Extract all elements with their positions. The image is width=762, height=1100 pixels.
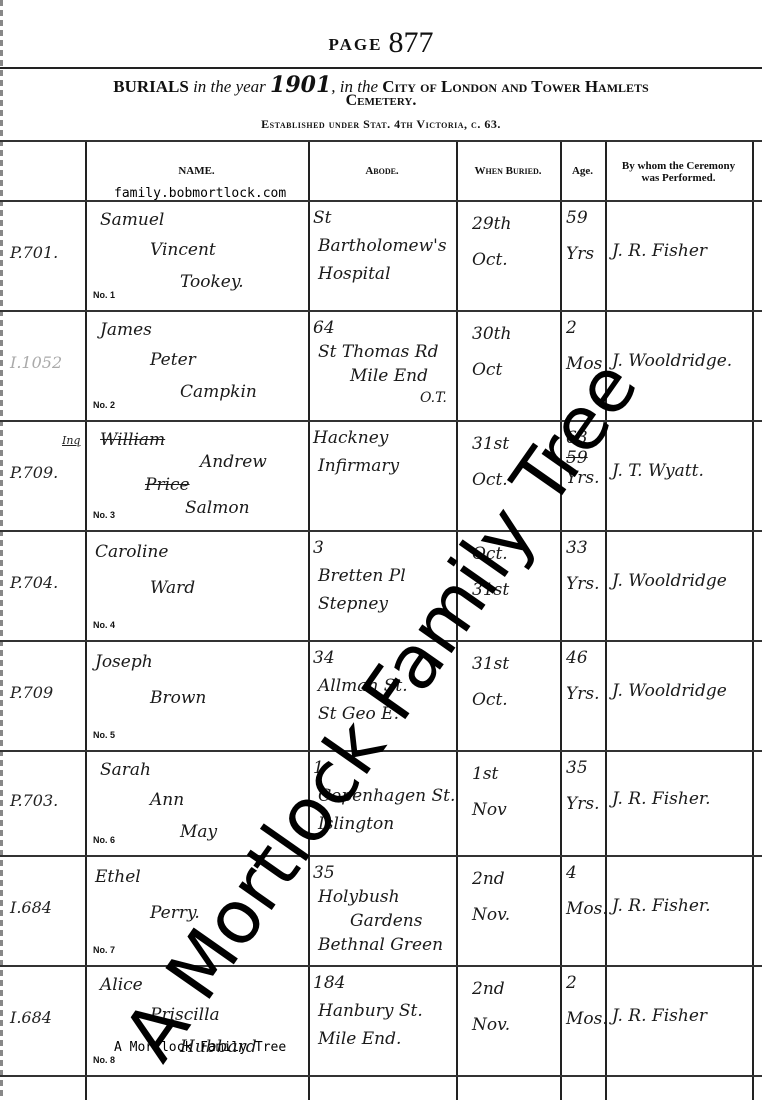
officiant: J. R. Fisher [612, 1006, 707, 1026]
abode-line: Bartholomew's [318, 236, 447, 256]
name-line: Ann [150, 790, 184, 810]
name-line: Ward [150, 578, 195, 598]
entry-number: No. 5 [93, 730, 115, 740]
name-line: Joseph [95, 652, 153, 672]
age-line: Yrs. [566, 794, 599, 814]
entry-reference: P.709. [10, 463, 58, 482]
name-line: Samuel [100, 210, 164, 230]
burial-date-line: 29th [472, 214, 511, 234]
abode-line: Infirmary [318, 456, 399, 476]
entry-number: No. 7 [93, 945, 115, 955]
age-line: 46 [566, 648, 588, 668]
officiant: J. R. Fisher. [612, 789, 711, 809]
name-line: Vincent [150, 240, 216, 260]
name-line: Sarah [100, 760, 151, 780]
page-label: PAGE [329, 35, 383, 54]
abode-line: 184 [313, 973, 345, 993]
abode-line: Hospital [318, 264, 391, 284]
name-line: James [100, 320, 152, 340]
abode-line: St Thomas Rd [318, 342, 438, 362]
burial-date-line: 2nd [472, 979, 505, 999]
age-line: Mos. [566, 1009, 608, 1029]
ceremony-header-line1: By whom the Ceremony [605, 160, 752, 172]
established-statute: Established under Stat. 4th Victoria, c.… [0, 117, 762, 132]
burial-date-line: Oct. [472, 250, 508, 270]
entry-number: No. 2 [93, 400, 115, 410]
ceremony-header-line2: was Performed. [605, 172, 752, 184]
column-header-ceremony: By whom the Ceremony was Performed. [605, 160, 752, 184]
entry-number: No. 1 [93, 290, 115, 300]
abode-line: Stepney [318, 594, 388, 614]
column-header-name: NAME. [85, 165, 308, 177]
row-divider [0, 1075, 762, 1077]
burial-date-line: Oct [472, 360, 502, 380]
page-number: PAGE877 [0, 26, 762, 60]
officiant: J. T. Wyatt. [612, 461, 704, 481]
watermark-url: family.bobmortlock.com [114, 186, 286, 201]
age-line: 59 [566, 208, 588, 228]
abode-line: Mile End. [318, 1029, 401, 1049]
row-divider [0, 140, 762, 142]
age-line: Mos. [566, 899, 608, 919]
officiant: J. Wooldridge [612, 571, 727, 591]
entry-reference: P.701. [10, 243, 58, 262]
burial-date-line: Nov. [472, 1015, 510, 1035]
register-entry: I.684EthelPerry.No. 735HolybushGardensBe… [0, 855, 762, 965]
age-line: 2 [566, 973, 577, 993]
abode-line: Holybush [318, 887, 400, 907]
age-line: 4 [566, 863, 577, 883]
burial-date-line: 1st [472, 764, 498, 784]
title-rule [0, 67, 762, 69]
burial-date-line: Oct. [472, 690, 508, 710]
officiant: J. R. Fisher [612, 241, 707, 261]
burial-date-line: 31st [472, 434, 509, 454]
name-line: Tookey. [180, 272, 244, 292]
abode-line: St [313, 208, 331, 228]
abode-line: Bretten Pl [318, 566, 406, 586]
entry-number: No. 6 [93, 835, 115, 845]
column-header-when-buried: When Buried. [456, 165, 560, 177]
register-entry: P.704.CarolineWardNo. 43Bretten PlStepne… [0, 530, 762, 640]
officiant: J. Wooldridge [612, 681, 727, 701]
name-line: Salmon [185, 498, 250, 518]
abode-line: Hackney [313, 428, 388, 448]
entry-number: No. 4 [93, 620, 115, 630]
abode-line: Hanbury St. [318, 1001, 423, 1021]
entry-reference: I.684 [10, 1008, 52, 1027]
name-line: Brown [150, 688, 206, 708]
name-line: Price [145, 475, 190, 495]
abode-line: Bethnal Green [318, 935, 443, 955]
officiant: J. R. Fisher. [612, 896, 711, 916]
entry-number: No. 3 [93, 510, 115, 520]
burial-date-line: 2nd [472, 869, 505, 889]
abode-line: Mile End [350, 366, 428, 386]
name-line: Campkin [180, 382, 257, 402]
name-line: Ethel [95, 867, 141, 887]
burial-date-line: 31st [472, 654, 509, 674]
title-cemetery: Cemetery. [0, 92, 762, 110]
entry-reference: P.704. [10, 573, 58, 592]
burial-date-line: Nov [472, 800, 507, 820]
entry-reference: I.684 [10, 898, 52, 917]
entry-reference: P.703. [10, 791, 58, 810]
age-line: 2 [566, 318, 577, 338]
register-entry: P.701.SamuelVincentTookey.No. 1StBarthol… [0, 200, 762, 310]
burial-date-line: Nov. [472, 905, 510, 925]
register-entry: P.709.InqWilliamAndrewPriceSalmonNo. 3Ha… [0, 420, 762, 530]
entry-reference: I.1052 [10, 353, 62, 372]
entry-reference-note: Inq [62, 434, 80, 447]
abode-line: 34 [313, 648, 335, 668]
entry-reference: P.709 [10, 683, 53, 702]
name-line: May [180, 822, 217, 842]
entry-number: No. 8 [93, 1055, 115, 1065]
abode-line: Gardens [350, 911, 422, 931]
abode-line: 3 [313, 538, 324, 558]
abode-line: O.T. [420, 390, 447, 406]
age-line: Yrs. [566, 684, 599, 704]
name-line: Peter [150, 350, 196, 370]
name-line: Caroline [95, 542, 168, 562]
abode-line: 64 [313, 318, 335, 338]
name-line: Andrew [200, 452, 267, 472]
age-line: Yrs. [566, 574, 599, 594]
officiant: J. Wooldridge. [612, 351, 732, 371]
column-header-age: Age. [560, 165, 605, 177]
age-line: Yrs [566, 244, 594, 264]
page-number-value: 877 [388, 26, 433, 59]
column-header-abode: Abode. [308, 165, 456, 177]
burial-date-line: 30th [472, 324, 511, 344]
age-line: 35 [566, 758, 588, 778]
age-line: 33 [566, 538, 588, 558]
name-line: William [100, 430, 165, 450]
